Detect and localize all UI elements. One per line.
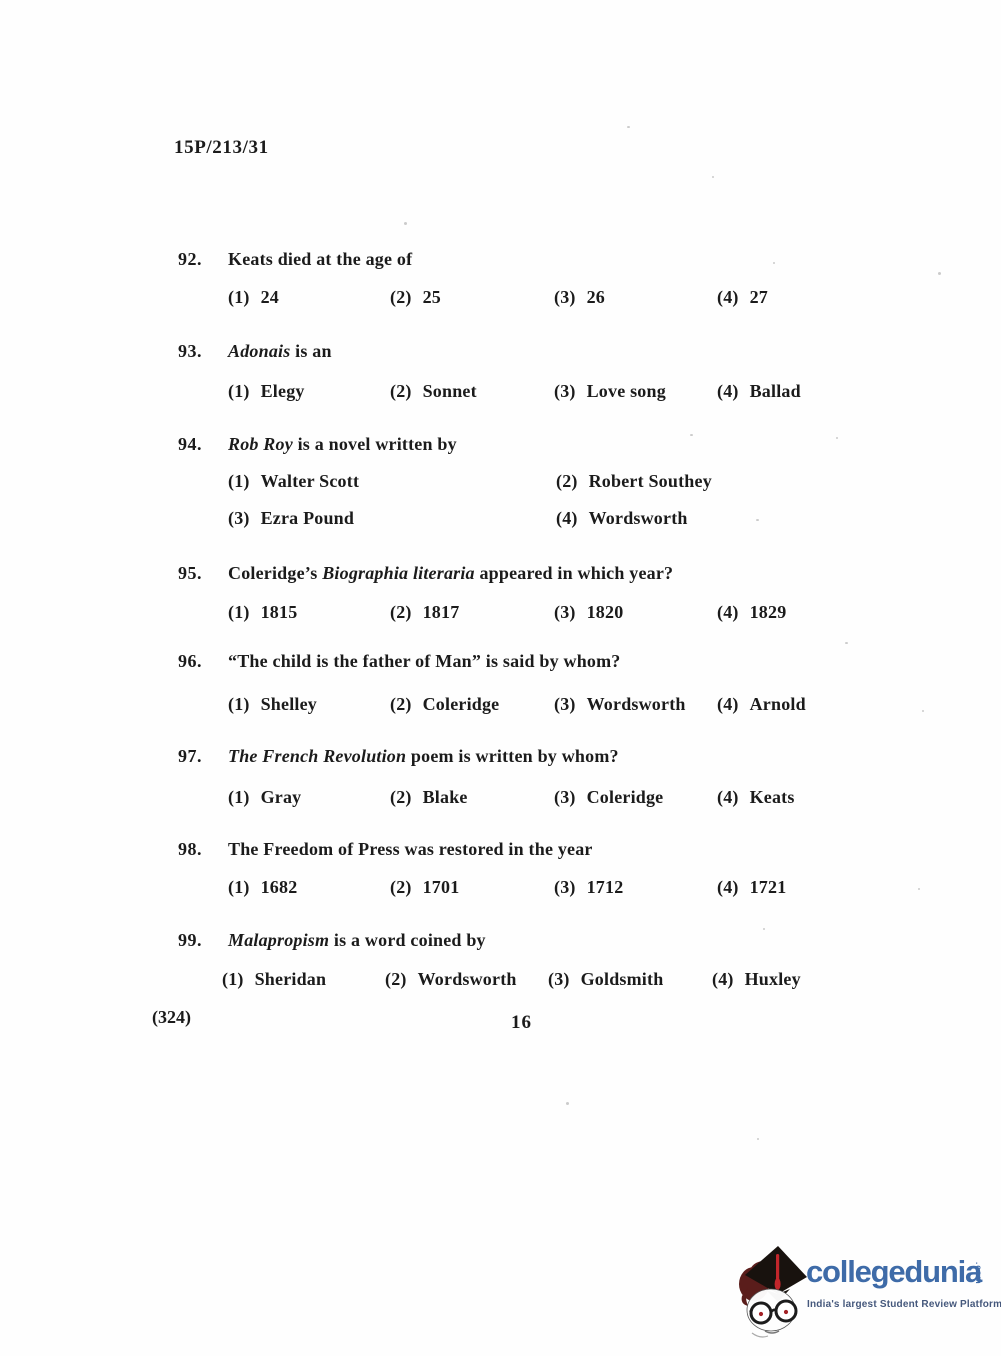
scan-speck [627, 126, 630, 128]
question-99-options: (1)Sheridan (2)Wordsworth (3)Goldsmith (… [0, 969, 1001, 993]
question-number: 96. [178, 651, 202, 672]
scan-speck [773, 262, 775, 264]
collegedunia-tld: .com [974, 1262, 983, 1285]
question-97-options: (1)Gray (2)Blake (3)Coleridge (4)Keats [0, 787, 1001, 811]
option-2: (2)1817 [390, 602, 459, 623]
question-text-italic: Rob Roy [228, 434, 293, 454]
question-number: 98. [178, 839, 202, 860]
question-text-italic: The French Revolution [228, 746, 406, 766]
question-text-post: is a word coined by [329, 930, 486, 950]
question-number: 99. [178, 930, 202, 951]
scan-speck [922, 710, 924, 712]
collegedunia-tagline: India's largest Student Review Platform [807, 1299, 1001, 1310]
question-number: 95. [178, 563, 202, 584]
question-95-options: (1)1815 (2)1817 (3)1820 (4)1829 [0, 602, 1001, 626]
scan-speck [712, 176, 714, 178]
option-2: (2)Coleridge [390, 694, 499, 715]
scan-speck [756, 519, 759, 521]
scan-speck [404, 222, 407, 225]
question-99: 99. Malapropism is a word coined by [0, 930, 1001, 954]
option-4: (4)27 [717, 287, 768, 308]
question-text-pre: The Freedom of Press was restored in the… [228, 839, 593, 859]
question-number: 97. [178, 746, 202, 767]
question-text-pre: “The child is the father of Man” is said… [228, 651, 621, 671]
scan-speck [566, 1102, 569, 1105]
question-94-options-row-2: (3)Ezra Pound (4)Wordsworth [0, 508, 1001, 532]
option-2: (2)Sonnet [390, 381, 477, 402]
question-text-italic: Malapropism [228, 930, 329, 950]
question-text-post: is an [290, 341, 331, 361]
option-2: (2)1701 [390, 877, 459, 898]
option-2: (2)25 [390, 287, 441, 308]
question-text-pre: Coleridge’s [228, 563, 322, 583]
scan-speck [938, 272, 941, 275]
option-3: (3)Coleridge [554, 787, 663, 808]
collegedunia-logo: collegedunia .com India's largest Studen… [736, 1240, 996, 1340]
question-98-options: (1)1682 (2)1701 (3)1712 (4)1721 [0, 877, 1001, 901]
question-number: 94. [178, 434, 202, 455]
option-2: (2)Blake [390, 787, 468, 808]
scan-speck [763, 928, 765, 930]
question-text-post: appeared in which year? [475, 563, 673, 583]
option-3: (3)1712 [554, 877, 623, 898]
question-96-options: (1)Shelley (2)Coleridge (3)Wordsworth (4… [0, 694, 1001, 718]
scan-speck [757, 1138, 759, 1140]
scan-speck [918, 888, 920, 890]
question-98: 98. The Freedom of Press was restored in… [0, 839, 1001, 863]
question-text-post: is a novel written by [293, 434, 457, 454]
question-text-post: poem is written by whom? [406, 746, 619, 766]
question-text-italic: Biographia literaria [322, 563, 475, 583]
question-95: 95. Coleridge’s Biographia literaria app… [0, 563, 1001, 587]
question-text-pre: Keats died at the age of [228, 249, 412, 269]
option-4: (4)1829 [717, 602, 786, 623]
scan-speck [690, 434, 693, 436]
option-1: (1)Shelley [228, 694, 317, 715]
option-1: (1)Walter Scott [228, 471, 359, 492]
scan-speck [836, 437, 838, 439]
question-text: Coleridge’s Biographia literaria appeare… [228, 563, 673, 584]
option-3: (3)Love song [554, 381, 666, 402]
option-1: (1)1682 [228, 877, 297, 898]
question-97: 97. The French Revolution poem is writte… [0, 746, 1001, 770]
option-4: (4)Keats [717, 787, 795, 808]
scanned-exam-page: 15P/213/31 92. Keats died at the age of … [0, 0, 1001, 1356]
option-4: (4)Wordsworth [556, 508, 688, 529]
question-94: 94. Rob Roy is a novel written by [0, 434, 1001, 458]
question-number: 93. [178, 341, 202, 362]
option-4: (4)Huxley [712, 969, 801, 990]
option-3: (3)Ezra Pound [228, 508, 354, 529]
option-1: (1)Sheridan [222, 969, 326, 990]
question-96: 96. “The child is the father of Man” is … [0, 651, 1001, 675]
student-mascot-icon [736, 1240, 810, 1338]
question-92: 92. Keats died at the age of [0, 249, 1001, 273]
option-4: (4)Ballad [717, 381, 801, 402]
collegedunia-wordmark: collegedunia [806, 1254, 981, 1290]
question-text: Adonais is an [228, 341, 332, 362]
question-93-options: (1)Elegy (2)Sonnet (3)Love song (4)Balla… [0, 381, 1001, 405]
question-number: 92. [178, 249, 202, 270]
booklet-code: (324) [152, 1007, 191, 1028]
page-number: 16 [511, 1012, 532, 1034]
option-1: (1)Elegy [228, 381, 305, 402]
option-2: (2)Wordsworth [385, 969, 517, 990]
option-3: (3)26 [554, 287, 605, 308]
question-text: Malapropism is a word coined by [228, 930, 486, 951]
question-94-options-row-1: (1)Walter Scott (2)Robert Southey [0, 471, 1001, 495]
option-3: (3)Wordsworth [554, 694, 686, 715]
option-4: (4)1721 [717, 877, 786, 898]
option-1: (1)1815 [228, 602, 297, 623]
question-text: The Freedom of Press was restored in the… [228, 839, 593, 860]
question-text-italic: Adonais [228, 341, 290, 361]
question-text: The French Revolution poem is written by… [228, 746, 619, 767]
question-text: “The child is the father of Man” is said… [228, 651, 621, 672]
option-1: (1)24 [228, 287, 279, 308]
option-1: (1)Gray [228, 787, 301, 808]
option-3: (3)1820 [554, 602, 623, 623]
scan-speck [845, 642, 848, 644]
paper-code: 15P/213/31 [174, 137, 269, 159]
question-93: 93. Adonais is an [0, 341, 1001, 365]
question-text: Keats died at the age of [228, 249, 412, 270]
option-3: (3)Goldsmith [548, 969, 663, 990]
question-text: Rob Roy is a novel written by [228, 434, 457, 455]
option-4: (4)Arnold [717, 694, 806, 715]
option-2: (2)Robert Southey [556, 471, 712, 492]
question-92-options: (1)24 (2)25 (3)26 (4)27 [0, 287, 1001, 311]
